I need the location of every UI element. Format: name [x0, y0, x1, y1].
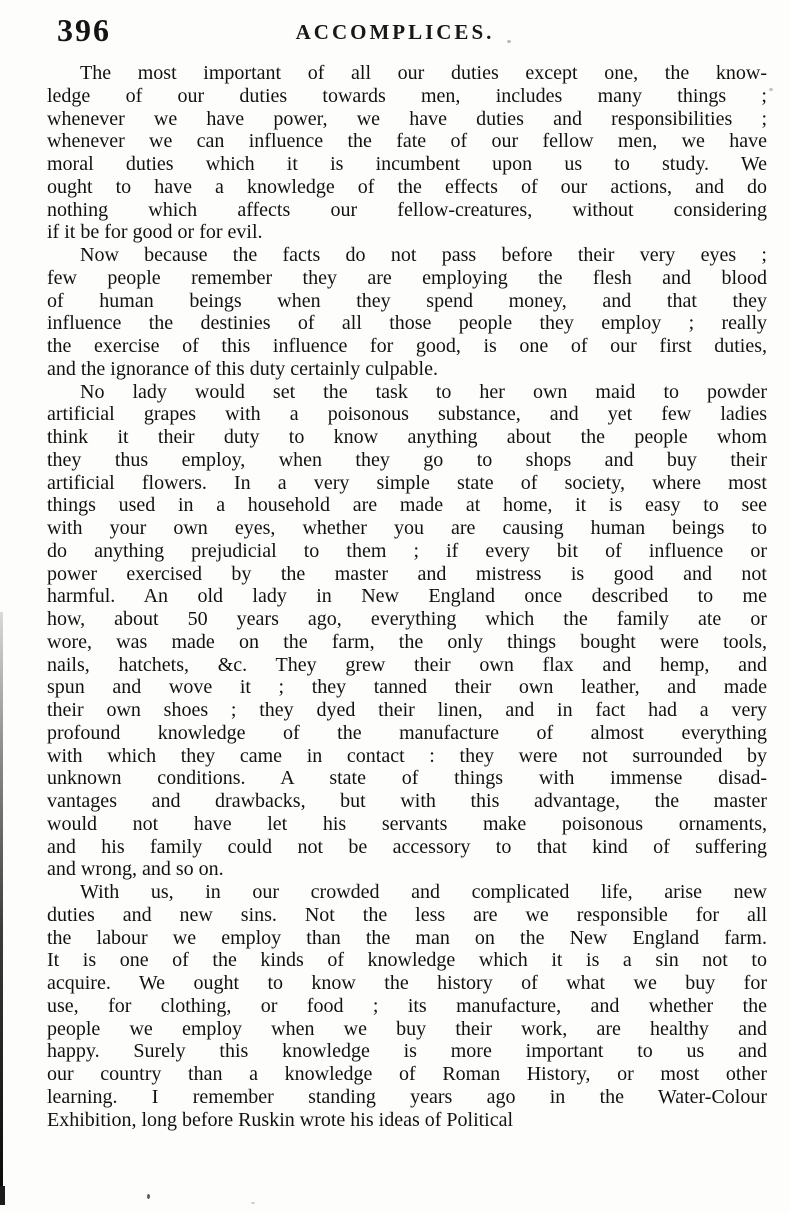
text-line: artificial grapes with a poisonous subst…: [47, 403, 767, 426]
text-line: do anything prejudicial to them ; if eve…: [47, 540, 767, 563]
scan-speck: [147, 1194, 150, 1199]
text-line: if it be for good or for evil.: [47, 221, 767, 244]
text-line: and his family could not be accessory to…: [47, 836, 767, 859]
text-line: would not have let his servants make poi…: [47, 813, 767, 836]
scan-speck: [507, 40, 511, 43]
running-head: ACCOMPLICES.: [0, 20, 790, 45]
text-line: things used in a household are made at h…: [47, 494, 767, 517]
text-line: with which they came in contact : they w…: [47, 745, 767, 768]
text-line: and wrong, and so on.: [47, 858, 767, 881]
text-line: unknown conditions. A state of things wi…: [47, 767, 767, 790]
text-line: influence the destinies of all those peo…: [47, 312, 767, 335]
text-line: the labour we employ than the man on the…: [47, 927, 767, 950]
text-line: of human beings when they spend money, a…: [47, 290, 767, 313]
text-line: acquire. We ought to know the history of…: [47, 972, 767, 995]
text-line: people we employ when we buy their work,…: [47, 1018, 767, 1041]
text-line: The most important of all our duties exc…: [47, 62, 767, 85]
scanned-book-page: 396 ACCOMPLICES. The most important of a…: [0, 0, 790, 1213]
text-line: happy. Surely this knowledge is more imp…: [47, 1040, 767, 1063]
text-line: harmful. An old lady in New England once…: [47, 585, 767, 608]
text-line: our country than a knowledge of Roman Hi…: [47, 1063, 767, 1086]
text-line: with your own eyes, whether you are caus…: [47, 517, 767, 540]
text-line: nothing which affects our fellow-creatur…: [47, 199, 767, 222]
text-line: duties and new sins. Not the less are we…: [47, 904, 767, 927]
page-text: The most important of all our duties exc…: [47, 62, 767, 1131]
text-line: think it their duty to know anything abo…: [47, 426, 767, 449]
text-line: few people remember they are employing t…: [47, 267, 767, 290]
text-line: It is one of the kinds of knowledge whic…: [47, 949, 767, 972]
text-line: power exercised by the master and mistre…: [47, 563, 767, 586]
text-line: ledge of our duties towards men, include…: [47, 85, 767, 108]
text-line: whenever we can influence the fate of ou…: [47, 130, 767, 153]
text-line: With us, in our crowded and complicated …: [47, 881, 767, 904]
text-line: Now because the facts do not pass before…: [47, 244, 767, 267]
text-line: artificial flowers. In a very simple sta…: [47, 472, 767, 495]
scan-speck: [251, 1202, 255, 1204]
text-line: No lady would set the task to her own ma…: [47, 381, 767, 404]
text-line: how, about 50 years ago, everything whic…: [47, 608, 767, 631]
text-line: they thus employ, when they go to shops …: [47, 449, 767, 472]
scan-edge-artifact-nub: [0, 1186, 5, 1205]
text-line: vantages and drawbacks, but with this ad…: [47, 790, 767, 813]
text-line: learning. I remember standing years ago …: [47, 1086, 767, 1109]
text-line: the exercise of this influence for good,…: [47, 335, 767, 358]
text-line: ought to have a knowledge of the effects…: [47, 176, 767, 199]
text-line: nails, hatchets, &c. They grew their own…: [47, 654, 767, 677]
scan-speck: [769, 88, 773, 91]
text-line: moral duties which it is incumbent upon …: [47, 153, 767, 176]
text-line: whenever we have power, we have duties a…: [47, 108, 767, 131]
text-line: Exhibition, long before Ruskin wrote his…: [47, 1109, 767, 1132]
text-line: spun and wove it ; they tanned their own…: [47, 676, 767, 699]
text-line: their own shoes ; they dyed their linen,…: [47, 699, 767, 722]
text-line: use, for clothing, or food ; its manufac…: [47, 995, 767, 1018]
scan-edge-artifact: [0, 612, 3, 1190]
text-line: profound knowledge of the manufacture of…: [47, 722, 767, 745]
text-line: wore, was made on the farm, the only thi…: [47, 631, 767, 654]
text-line: and the ignorance of this duty certainly…: [47, 358, 767, 381]
